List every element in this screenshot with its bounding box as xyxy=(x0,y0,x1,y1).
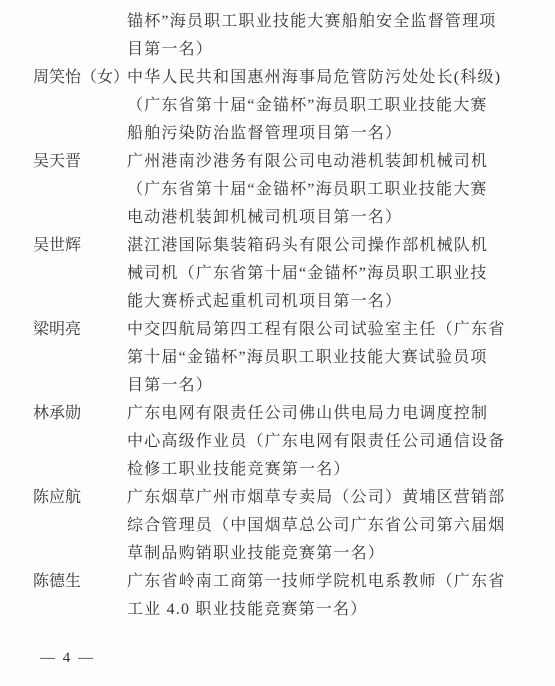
entry-line: 广州港南沙港务有限公司电动港机装卸机械司机 xyxy=(127,148,521,176)
entry-line: 广东省岭南工商第一技师学院机电系教师（广东省 xyxy=(127,568,521,596)
entry-name: 梁明亮 xyxy=(33,316,81,344)
entry-row: 吴世辉 湛江港国际集装箱码头有限公司操作部机械队机械司机（广东省第十届“金锚杯”… xyxy=(33,232,521,316)
entry-line: 目第一名） xyxy=(127,36,521,64)
entry-description: 中华人民共和国惠州海事局危管防污处处长(科级)（广东省第十届“金锚杯”海员职工职… xyxy=(127,64,521,148)
entries-list: 锚杯”海员职工职业技能大赛船舶安全监督管理项目第一名） 周笑怡（女） 中华人民共… xyxy=(33,8,521,624)
entry-row: 梁明亮 中交四航局第四工程有限公司试验室主任（广东省第十届“金锚杯”海员职工职业… xyxy=(33,316,521,400)
entry-description: 湛江港国际集装箱码头有限公司操作部机械队机械司机（广东省第十届“金锚杯”海员职工… xyxy=(127,232,521,316)
entry-row: 周笑怡（女） 中华人民共和国惠州海事局危管防污处处长(科级)（广东省第十届“金锚… xyxy=(33,64,521,148)
entry-line: 械司机（广东省第十届“金锚杯”海员职工职业技 xyxy=(127,260,521,288)
entry-line: 锚杯”海员职工职业技能大赛船舶安全监督管理项 xyxy=(127,8,521,36)
page-number: — 4 — xyxy=(40,650,95,667)
entry-description: 广州港南沙港务有限公司电动港机装卸机械司机（广东省第十届“金锚杯”海员职工职业技… xyxy=(127,148,521,232)
entry-line: 电动港机装卸机械司机项目第一名） xyxy=(127,204,521,232)
entry-line: （广东省第十届“金锚杯”海员职工职业技能大赛 xyxy=(127,176,521,204)
entry-name: 陈德生 xyxy=(33,568,81,596)
entry-description: 广东烟草广州市烟草专卖局（公司）黄埔区营销部综合管理员（中国烟草总公司广东省公司… xyxy=(127,484,521,568)
entry-name: 周笑怡（女） xyxy=(33,64,129,92)
entry-description: 广东电网有限责任公司佛山供电局力电调度控制中心高级作业员（广东电网有限责任公司通… xyxy=(127,400,521,484)
entry-line: 湛江港国际集装箱码头有限公司操作部机械队机 xyxy=(127,232,521,260)
entry-line: 船舶污染防治监督管理项目第一名） xyxy=(127,120,521,148)
entry-name: 陈应航 xyxy=(33,484,81,512)
entry-description: 中交四航局第四工程有限公司试验室主任（广东省第十届“金锚杯”海员职工职业技能大赛… xyxy=(127,316,521,400)
entry-name: 吴天晋 xyxy=(33,148,81,176)
entry-line: 能大赛桥式起重机司机项目第一名） xyxy=(127,288,521,316)
entry-line: 草制品购销职业技能竞赛第一名） xyxy=(127,540,521,568)
entry-line: 检修工职业技能竞赛第一名） xyxy=(127,456,521,484)
entry-line: 综合管理员（中国烟草总公司广东省公司第六届烟 xyxy=(127,512,521,540)
entry-line: 广东电网有限责任公司佛山供电局力电调度控制 xyxy=(127,400,521,428)
entry-name: 林承勋 xyxy=(33,400,81,428)
entry-row: 林承勋 广东电网有限责任公司佛山供电局力电调度控制中心高级作业员（广东电网有限责… xyxy=(33,400,521,484)
entry-line: 广东烟草广州市烟草专卖局（公司）黄埔区营销部 xyxy=(127,484,521,512)
entry-line: 目第一名） xyxy=(127,372,521,400)
document-page: 锚杯”海员职工职业技能大赛船舶安全监督管理项目第一名） 周笑怡（女） 中华人民共… xyxy=(0,0,555,686)
entry-name: 吴世辉 xyxy=(33,232,81,260)
entry-row: 锚杯”海员职工职业技能大赛船舶安全监督管理项目第一名） xyxy=(33,8,521,64)
entry-description: 锚杯”海员职工职业技能大赛船舶安全监督管理项目第一名） xyxy=(127,8,521,64)
entry-row: 吴天晋 广州港南沙港务有限公司电动港机装卸机械司机（广东省第十届“金锚杯”海员职… xyxy=(33,148,521,232)
entry-line: 中交四航局第四工程有限公司试验室主任（广东省 xyxy=(127,316,521,344)
entry-line: 中心高级作业员（广东电网有限责任公司通信设备 xyxy=(127,428,521,456)
entry-row: 陈应航 广东烟草广州市烟草专卖局（公司）黄埔区营销部综合管理员（中国烟草总公司广… xyxy=(33,484,521,568)
entry-line: 工业 4.0 职业技能竞赛第一名） xyxy=(127,596,521,624)
entry-line: （广东省第十届“金锚杯”海员职工职业技能大赛 xyxy=(127,92,521,120)
entry-line: 中华人民共和国惠州海事局危管防污处处长(科级) xyxy=(127,64,521,92)
entry-row: 陈德生 广东省岭南工商第一技师学院机电系教师（广东省工业 4.0 职业技能竞赛第… xyxy=(33,568,521,624)
entry-description: 广东省岭南工商第一技师学院机电系教师（广东省工业 4.0 职业技能竞赛第一名） xyxy=(127,568,521,624)
entry-line: 第十届“金锚杯”海员职工职业技能大赛试验员项 xyxy=(127,344,521,372)
